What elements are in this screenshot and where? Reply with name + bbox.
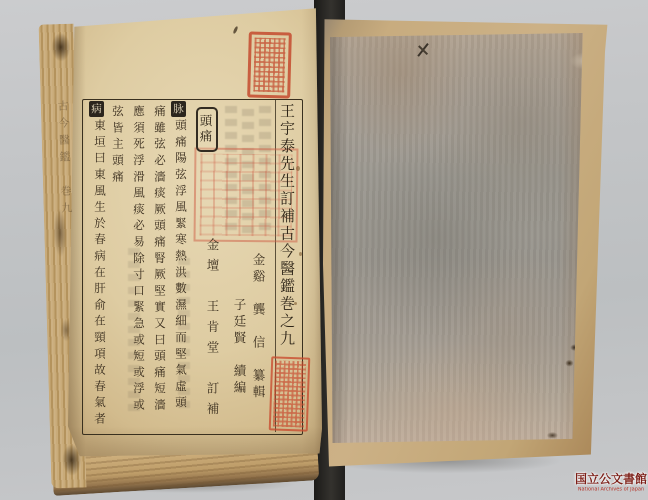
blank-endpaper-page [330,33,584,443]
wormhole-stain [558,333,596,385]
red-collector-seal-bottom [269,356,311,431]
red-collector-seal-top [247,31,292,98]
section-header-disease: 病 [89,101,104,117]
watermark-subtitle: National Archives of Japan [577,487,645,493]
back-cover [320,10,620,472]
foxing-speck [299,252,302,256]
disease-text-column-1: 東垣曰東風生於春病在肝俞在頸項故春氣者 [92,119,108,429]
pulse-text-column-3: 應須死浮滑風痰必易除寸口緊急或短或浮或 [131,105,147,415]
ink-drip-mark [232,26,238,35]
corner-damage-stain [548,25,628,83]
author-column-reviser: 金壇 王肯堂 訂補 [203,238,221,423]
wormhole-stain-lower [538,421,574,457]
archives-watermark: 国立公文書館 National Archives of Japan [574,470,648,493]
section-header-pulse: 脉 [171,101,186,117]
author-column-continuer: 子廷賢 續編 [230,298,248,397]
photo-scene: 王宇泰先生訂補古今醫鑑巻之九 金谿 龔 信 纂輯 子廷賢 續編 金壇 王肯堂 訂… [0,0,648,500]
foxing-speck [296,166,300,171]
author-column-compiler: 金谿 龔 信 纂輯 [249,253,267,402]
edition-title-column: 王宇泰先生訂補古今醫鑑巻之九 [277,103,298,348]
watermark-title: 国立公文書館 [574,470,648,487]
chapter-title-box: 頭痛 [196,107,218,152]
printed-title-page: 王宇泰先生訂補古今醫鑑巻之九 金谿 龔 信 纂輯 子廷賢 續編 金壇 王肯堂 訂… [68,6,322,458]
pulse-text-column-4: 弦皆主頭痛 [110,105,126,187]
ink-cross-mark [414,41,432,59]
foxing-speck [294,302,297,305]
pulse-text-column-2: 痛雖弦必濇痰厥頭痛腎厥堅實又曰頭痛短濇 [152,105,168,415]
pulse-text-column-1: 頭痛陽弦浮風緊寒熱洪數濕細而堅氣虛頭 [173,119,189,412]
